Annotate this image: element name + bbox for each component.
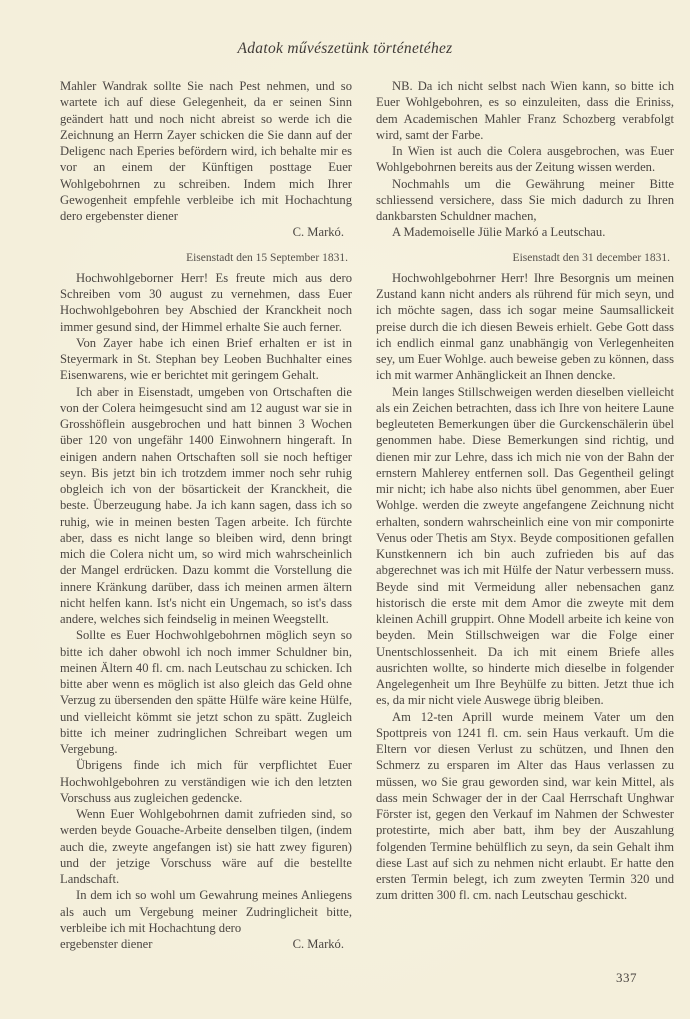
closing-line: ergebenster diener C. Markó.	[60, 936, 352, 952]
address-line: A Mademoiselle Jülie Markó a Leutschau.	[376, 224, 674, 240]
paragraph: Hochwohlgebohrner Herr! Ihre Besorgnis u…	[376, 270, 674, 384]
scanned-book-page: Adatok művészetünk történetéhez Mahler W…	[0, 0, 690, 1019]
letter-date: Eisenstadt den 15 September 1831.	[60, 250, 352, 266]
signature: C. Markó.	[293, 936, 344, 952]
signature: C. Markó.	[60, 224, 352, 240]
paragraph: Ich aber in Eisenstadt, umgeben von Orts…	[60, 384, 352, 628]
right-column: NB. Da ich nicht selbst nach Wien kann, …	[376, 78, 674, 904]
paragraph: Am 12-ten Aprill wurde meinem Vater um d…	[376, 709, 674, 904]
paragraph: Von Zayer habe ich einen Brief erhalten …	[60, 335, 352, 384]
paragraph: Wenn Euer Wohlgebohrnen damit zufrieden …	[60, 806, 352, 887]
page-number: 337	[616, 970, 637, 986]
letter-date: Eisenstadt den 31 december 1831.	[376, 250, 674, 266]
paragraph: In Wien ist auch die Colera ausgebrochen…	[376, 143, 674, 176]
paragraph: Sollte es Euer Hochwohlgebohrnen möglich…	[60, 627, 352, 757]
left-column: Mahler Wandrak sollte Sie nach Pest nehm…	[60, 78, 352, 952]
paragraph: Hochwohlgeborner Herr! Es freute mich au…	[60, 270, 352, 335]
paragraph: Übrigens finde ich mich für verpflichtet…	[60, 757, 352, 806]
paragraph: In dem ich so wohl um Gewahrung meines A…	[60, 887, 352, 936]
paragraph: NB. Da ich nicht selbst nach Wien kann, …	[376, 78, 674, 143]
paragraph: Nochmahls um die Gewährung meiner Bitte …	[376, 176, 674, 225]
running-head: Adatok művészetünk történetéhez	[0, 40, 690, 58]
closing-text: ergebenster diener	[60, 936, 152, 952]
paragraph: Mein langes Stillschweigen werden diesel…	[376, 384, 674, 709]
paragraph: Mahler Wandrak sollte Sie nach Pest nehm…	[60, 78, 352, 224]
